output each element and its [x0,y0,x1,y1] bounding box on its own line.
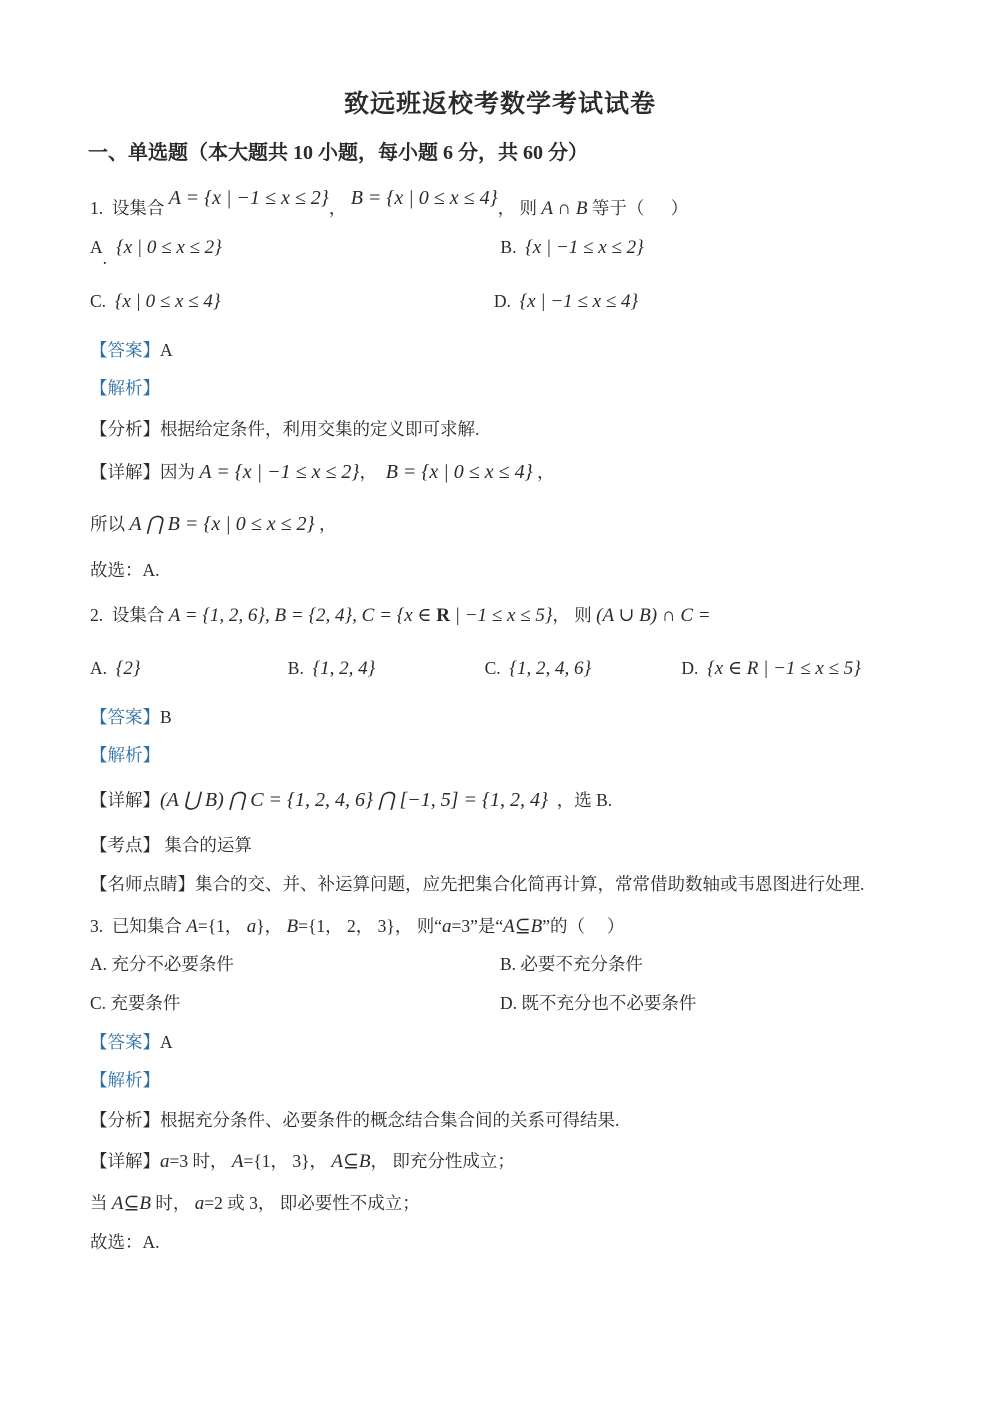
q2-options-seg-0: A. [90,658,116,678]
q1-answer-seg-0: 【答案】 [90,340,160,360]
q2-kaodian: 【考点】 集合的运算 [90,835,252,857]
q2-stem: 2. 设集合 A = {1, 2, 6}, B = {2, 4}, C = {x… [90,604,711,628]
q3-guxuan-seg-0: 故选：A. [90,1232,160,1252]
q3-stem-seg-2: ={1， [198,916,247,936]
q1-xiangjie-seg-3: B = {x | 0 ≤ x ≤ 4} [386,461,533,483]
q1-xiangjie-seg-0: 【详解】因为 [90,462,199,482]
q3-stem-seg-5: B [287,916,299,937]
q3-options-row2: C. 充要条件D. 既不充分也不必要条件 [90,993,696,1015]
q1-stem-seg-3: B = {x | 0 ≤ x ≤ 4} [351,187,498,209]
q1-suoyi: 所以 A ⋂ B = {x | 0 ≤ x ≤ 2} ， [90,512,336,537]
q3-dang-seg-2: 时， [151,1193,195,1213]
q3-options-row1-seg-1: B. 必要不充分条件 [500,954,643,974]
q2-answer: 【答案】B [90,707,172,729]
q3-stem-seg-1: A [186,916,198,937]
q3-dang: 当 A⊆B 时， a=2 或 3， 即必要性不成立； [90,1192,420,1216]
q1-options-row1: A. {x | 0 ≤ x ≤ 2}B. {x | −1 ≤ x ≤ 2} [90,236,644,260]
q1-options-row2: C. {x | 0 ≤ x ≤ 4}D. {x | −1 ≤ x ≤ 4} [90,290,638,314]
q1-jiexi-label-seg-0: 【解析】 [90,378,160,398]
q3-xiangjie: 【详解】a=3 时， A={1， 3}， A⊆B， 即充分性成立； [90,1150,515,1174]
q3-stem-seg-9: A⊆B [503,916,542,937]
q1-guxuan-seg-0: 故选：A. [90,560,160,580]
q3-options-row1: A. 充分不必要条件B. 必要不充分条件 [90,954,643,976]
q1-stem: 1. 设集合 A = {x | −1 ≤ x ≤ 2}， B = {x | 0 … [90,186,688,221]
q1-stem-seg-1: A = {x | −1 ≤ x ≤ 2} [169,187,329,209]
q1-options-row2-seg-1: {x | 0 ≤ x ≤ 4} [115,290,494,314]
q2-mingshi: 【名师点睛】集合的交、并、补运算问题，应先把集合化简再计算，常常借助数轴或韦恩图… [90,874,864,896]
q2-options-seg-3: {1, 2, 4} [313,657,485,681]
q1-fenxi: 【分析】根据给定条件，利用交集的定义即可求解. [90,419,479,441]
q3-options-row2-seg-0: C. 充要条件 [90,993,500,1015]
q3-xiangjie-seg-0: 【详解】 [90,1151,160,1171]
q1-xiangjie-seg-2: ， [359,462,385,482]
q3-stem-seg-10: ”的（ ） [542,916,624,936]
q3-dang-seg-1: A⊆B [112,1193,151,1214]
q1-suoyi-seg-2: ， [315,514,337,534]
q3-options-row2-seg-1: D. 既不充分也不必要条件 [500,993,696,1013]
q1-options-row1-seg-1: . [103,248,112,268]
q1-stem-seg-6: 等于（ ） [587,198,688,218]
q2-options-seg-5: {1, 2, 4, 6} [509,657,681,681]
q1-answer: 【答案】A [90,340,173,362]
q2-xiangjie-seg-2: ，选 B. [548,790,612,810]
q1-options-row1-seg-0: A [90,237,103,257]
q3-stem-seg-8: =3”是“ [451,916,503,936]
q3-dang-seg-3: a [195,1193,205,1214]
q2-jiexi-label: 【解析】 [90,745,160,767]
q3-xiangjie-seg-6: ， 即充分性成立； [371,1151,515,1171]
q2-options-seg-4: C. [485,658,510,678]
q2-xiangjie-seg-0: 【详解】 [90,790,160,810]
q3-fenxi: 【分析】根据充分条件、必要条件的概念结合集合间的关系可得结果. [90,1110,619,1132]
q2-kaodian-seg-0: 【考点】 集合的运算 [90,835,252,855]
q2-xiangjie: 【详解】(A ⋃ B) ⋂ C = {1, 2, 4, 6} ⋂ [−1, 5]… [90,788,612,813]
q1-stem-seg-0: 1. 设集合 [90,198,169,218]
q2-stem-seg-0: 2. 设集合 [90,605,169,625]
q2-stem-seg-5: (A ∪ B) ∩ C = [596,605,710,626]
q1-options-row1-seg-4: {x | −1 ≤ x ≤ 2} [525,237,643,258]
q1-answer-seg-1: A [160,340,173,360]
q3-fenxi-seg-0: 【分析】根据充分条件、必要条件的概念结合集合间的关系可得结果. [90,1110,619,1130]
q3-stem-seg-4: }， [256,916,286,936]
q3-xiangjie-seg-5: A⊆B [331,1151,370,1172]
q1-guxuan: 故选：A. [90,560,160,582]
q1-options-row2-seg-2: D. [494,291,520,311]
q2-options-seg-7: {x ∈ R | −1 ≤ x ≤ 5} [707,658,861,679]
q3-xiangjie-seg-2: =3 时， [170,1151,232,1171]
q2-options-seg-1: {2} [116,657,288,681]
q2-jiexi-label-seg-0: 【解析】 [90,745,160,765]
q3-xiangjie-seg-4: ={1， 3}， [243,1151,331,1171]
q1-suoyi-seg-0: 所以 [90,514,129,534]
q3-xiangjie-seg-3: A [232,1151,244,1172]
q3-guxuan: 故选：A. [90,1232,160,1254]
q3-answer: 【答案】A [90,1032,173,1054]
q2-stem-seg-3: | −1 ≤ x ≤ 5} [450,605,552,626]
q2-xiangjie-seg-1: (A ⋃ B) ⋂ C = {1, 2, 4, 6} ⋂ [−1, 5] = {… [160,789,548,811]
q1-options-row1-seg-2: {x | 0 ≤ x ≤ 2} [111,236,500,260]
page-title: 致远班返校考数学考试试卷 [0,84,1000,120]
q2-answer-seg-1: B [160,707,172,727]
q2-mingshi-seg-0: 【名师点睛】集合的交、并、补运算问题，应先把集合化简再计算，常常借助数轴或韦恩图… [90,874,864,894]
q1-xiangjie-seg-1: A = {x | −1 ≤ x ≤ 2} [199,461,359,483]
q3-answer-seg-0: 【答案】 [90,1032,160,1052]
q2-stem-seg-2: R [436,605,450,626]
q3-dang-seg-4: =2 或 3， 即必要性不成立； [204,1193,420,1213]
q1-options-row2-seg-0: C. [90,291,115,311]
q1-options-row1-seg-3: B. [500,237,525,257]
q3-stem: 3. 已知集合 A={1， a}， B={1， 2， 3}， 则“a=3”是“A… [90,915,624,939]
q3-stem-seg-3: a [247,916,257,937]
q1-xiangjie-seg-4: ， [533,462,555,482]
q3-xiangjie-seg-1: a [160,1151,170,1172]
q3-dang-seg-0: 当 [90,1193,112,1213]
section-heading: 一、单选题（本大题共 10 小题，每小题 6 分，共 60 分） [88,136,588,165]
q1-stem-seg-4: ， 则 [498,198,542,218]
q1-stem-seg-5: A ∩ B [541,198,587,219]
q2-options-seg-6: D. [681,658,707,678]
q2-stem-seg-4: ， 则 [552,605,596,625]
q3-answer-seg-1: A [160,1032,173,1052]
q3-stem-seg-0: 3. 已知集合 [90,916,186,936]
q1-suoyi-seg-1: A ⋂ B = {x | 0 ≤ x ≤ 2} [129,513,314,535]
q2-stem-seg-1: A = {1, 2, 6}, B = {2, 4}, C = {x ∈ [169,605,437,626]
q3-jiexi-label-seg-0: 【解析】 [90,1070,160,1090]
q1-xiangjie: 【详解】因为 A = {x | −1 ≤ x ≤ 2}， B = {x | 0 … [90,460,554,485]
q3-jiexi-label: 【解析】 [90,1070,160,1092]
exam-page: 致远班返校考数学考试试卷 一、单选题（本大题共 10 小题，每小题 6 分，共 … [0,0,1000,1414]
q2-options-seg-2: B. [288,658,313,678]
q2-options: A. {2}B. {1, 2, 4}C. {1, 2, 4, 6}D. {x ∈… [90,657,861,681]
q3-options-row1-seg-0: A. 充分不必要条件 [90,954,500,976]
q1-options-row2-seg-3: {x | −1 ≤ x ≤ 4} [520,291,638,312]
q1-jiexi-label: 【解析】 [90,378,160,400]
q1-stem-seg-2: ， [329,198,351,218]
q3-stem-seg-6: ={1， 2， 3}， 则“ [298,916,442,936]
q1-fenxi-seg-0: 【分析】根据给定条件，利用交集的定义即可求解. [90,419,479,439]
q2-answer-seg-0: 【答案】 [90,707,160,727]
